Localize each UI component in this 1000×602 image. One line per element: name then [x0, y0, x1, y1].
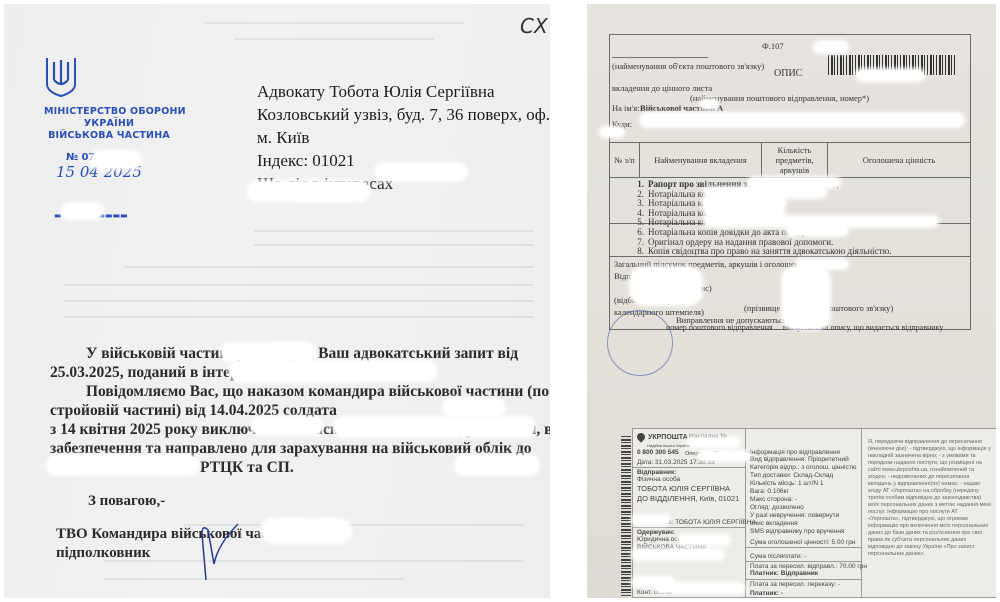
info-line: Категорія відпр.: з оголош. цінністю: [750, 464, 857, 471]
handwritten-corner-mark: СХ: [520, 14, 548, 38]
phone: 0 800 300 545: [637, 449, 679, 456]
info-line: опис вкладення: [750, 520, 798, 527]
underline: [612, 57, 708, 58]
label-barcode: [621, 436, 631, 596]
redaction: [857, 70, 923, 80]
redaction: [815, 42, 847, 52]
closing-regards: З повагою,-: [56, 492, 301, 511]
col-declared-value: Оголошена цінність: [828, 143, 971, 178]
label-shipment-info: Інформація про відправлення Вид відправл…: [746, 429, 862, 597]
redaction: [92, 152, 140, 168]
redaction: [633, 516, 669, 524]
info-line: У разі невручення: повернути: [750, 512, 839, 519]
postmark-stamp: [607, 310, 673, 376]
stamp-line-ministry: МІНІСТЕРСТВО ОБОРОНИ: [44, 106, 174, 118]
letter-photo: СХ МІНІСТЕРСТВО ОБОРОНИ УКРАЇНИ ВІЙСЬКОВ…: [4, 4, 550, 598]
sender-type: Фізична особа: [637, 476, 680, 483]
info-line: Вид відправлення: Пріоритетний: [750, 456, 849, 463]
sender-name: ТОБОТА ЮЛІЯ СЕРГІЇВНА: [637, 484, 730, 493]
info-line: Вага: 0.106кг: [750, 488, 789, 495]
stamp-line-unit: ВІЙСЬКОВА ЧАСТИНА: [44, 130, 174, 142]
form-number: Ф.107: [762, 41, 784, 51]
addressee-street: Козловський узвіз, буд. 7, 36 поверх, оф…: [257, 103, 550, 126]
col-number: № з/п: [610, 143, 640, 178]
info-line: SMS відправнику про вручення: [750, 528, 844, 535]
redaction: [633, 550, 723, 559]
info-line: Тип доставки: Склад-Склад: [750, 472, 833, 479]
postal-documents-photo: Ф.107 (найменування об'єкта поштового зв…: [587, 4, 996, 598]
redaction: [749, 178, 839, 187]
transfer-payer: Платник: -: [750, 590, 783, 597]
redaction: [705, 217, 937, 226]
redaction: [679, 536, 729, 544]
info-line: Макс сторона: -: [750, 496, 797, 503]
label-date: Дата: 31.03.2025 17:38:33: [637, 459, 715, 466]
redaction: [701, 100, 717, 108]
ukrposhta-logo: УКРПОШТА: [637, 433, 688, 441]
sender-label: Відправник:: [637, 469, 676, 476]
redaction: [376, 164, 466, 180]
stamp-line-country: УКРАЇНИ: [44, 118, 174, 130]
col-item-name: Найменування вкладення: [640, 143, 762, 178]
brand-sub: Надійна пошта України: [647, 443, 690, 448]
declared-value: Сума оголошеної цінності: 5.00 грн: [750, 539, 855, 546]
info-title: Інформація про відправлення: [750, 449, 840, 456]
redaction: [787, 226, 847, 235]
redaction: [631, 268, 701, 304]
redaction: [262, 520, 350, 542]
addressee-city: м. Київ: [257, 126, 550, 149]
form-title: ОПИС: [774, 68, 802, 79]
redaction: [601, 128, 623, 136]
form-subtitle: вкладення до цінного листа: [612, 83, 712, 93]
transfer-fee: Плата за пересил. переказу: -: [750, 581, 840, 588]
shipping-fee: Плата за пересил. відправл.: 70.00 грн: [750, 563, 867, 570]
ministry-stamp: МІНІСТЕРСТВО ОБОРОНИ УКРАЇНИ ВІЙСЬКОВА Ч…: [44, 54, 174, 220]
cod-amount: Сума післяплати: -: [750, 553, 806, 560]
inventory-table-header: № з/п Найменування вкладення Кількість п…: [609, 142, 971, 178]
handwritten-signature: [192, 514, 242, 584]
redaction: [657, 584, 743, 592]
redaction: [62, 204, 102, 218]
redaction: [456, 456, 538, 474]
redaction: [252, 418, 322, 434]
col-quantity: Кількість предметів, аркушів: [762, 143, 828, 178]
redaction: [703, 198, 785, 207]
redaction: [689, 438, 739, 446]
consent-text: Я, передаючи відправлення до пересилання…: [862, 429, 996, 597]
redaction: [641, 114, 963, 126]
ukrposhta-shipping-label: УКРПОШТА Надійна пошта України Накладна …: [632, 428, 996, 598]
location-pin-icon: [635, 431, 646, 442]
redaction: [705, 188, 825, 197]
item-caption: (найменування поштового відправлення, но…: [690, 93, 869, 103]
redaction: [48, 456, 198, 474]
redaction: [334, 418, 534, 436]
redaction: [705, 207, 783, 216]
redaction: [699, 452, 749, 460]
addressee-name: Адвокату Тобота Юлія Сергіївна: [257, 80, 550, 103]
redaction: [249, 182, 369, 200]
recipient-label: Одержувач:: [637, 529, 675, 536]
trident-emblem-icon: [44, 54, 78, 98]
info-line: Кількість місць: 1 шт/N 1: [750, 480, 824, 487]
shipping-payer: Платник: Відправник: [750, 570, 818, 577]
redaction: [230, 362, 436, 380]
sender-address: ДО ВІДДІЛЕННЯ, Київ, 01021: [637, 494, 739, 503]
redaction: [783, 268, 829, 328]
redaction: [797, 260, 847, 268]
recipient-label: На ім'я:: [612, 103, 640, 113]
redaction: [444, 399, 504, 415]
redaction: [222, 344, 314, 360]
signatory-rank: підполковник: [56, 544, 301, 563]
info-line: Огляд: дозволено: [750, 504, 804, 511]
postal-object-caption: (найменування об'єкта поштового зв'язку): [612, 61, 764, 71]
